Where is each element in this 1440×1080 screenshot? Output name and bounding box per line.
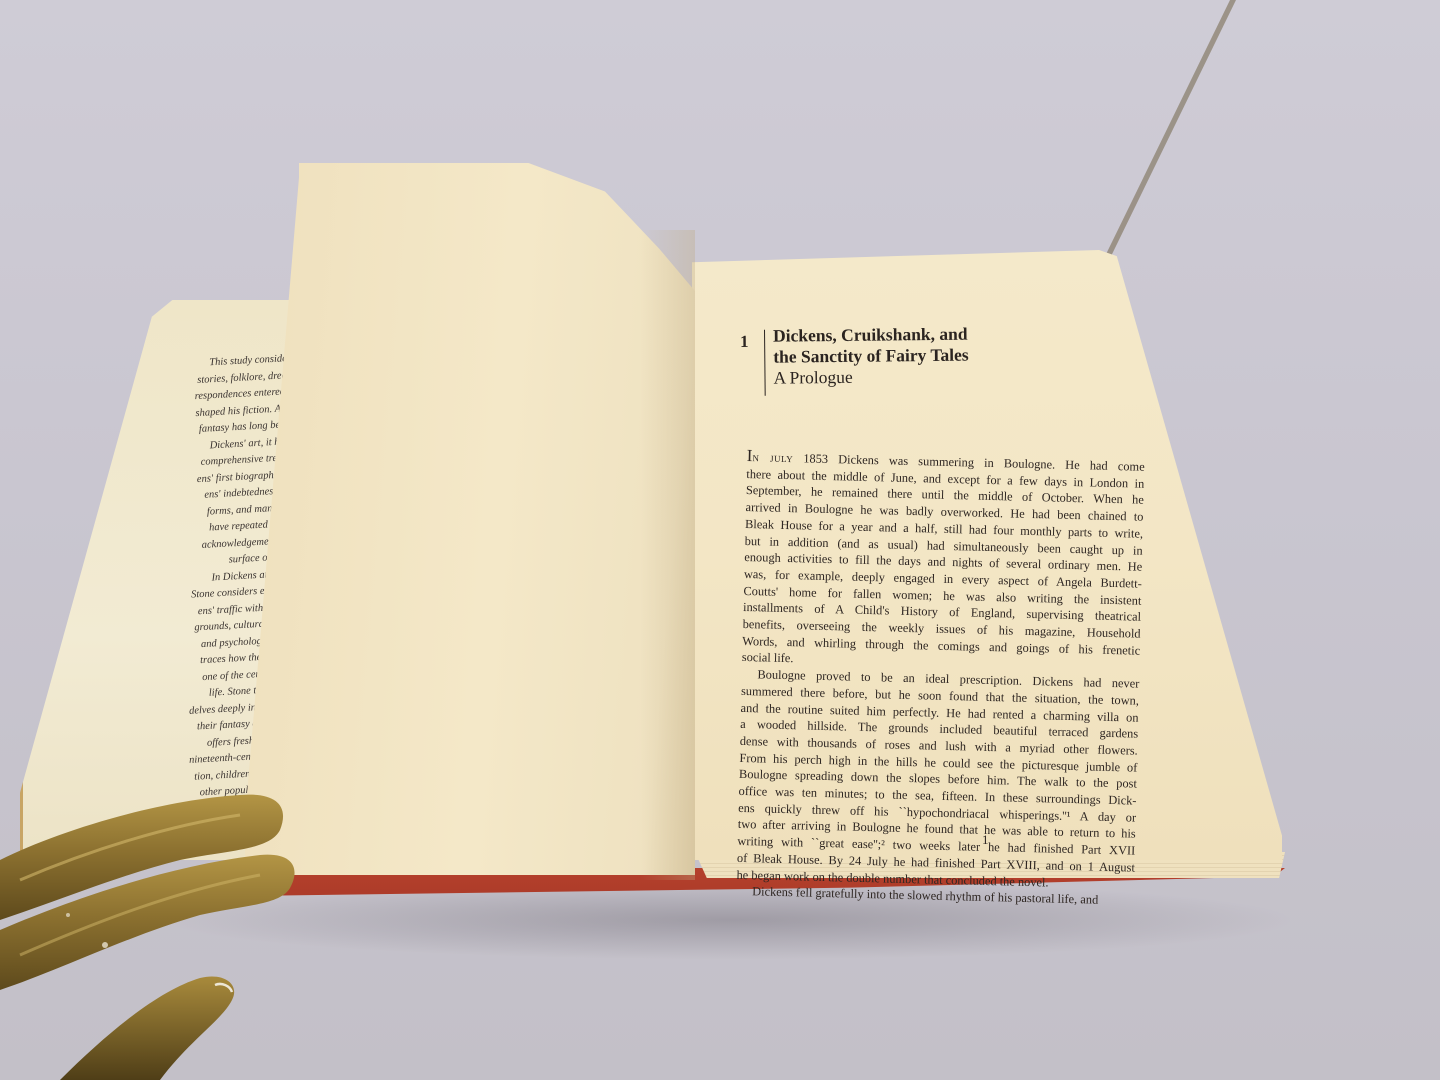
- left-page-turning[interactable]: [245, 163, 695, 875]
- gutter-shadow: [640, 230, 695, 880]
- chapter-number: 1: [740, 332, 749, 352]
- chapter-body-text: In july 1853 Dickens was summering in Bo…: [736, 448, 1145, 910]
- chapter-title: Dickens, Cruikshank, and the Sanctity of…: [773, 322, 1093, 367]
- chapter-subtitle: A Prologue: [773, 367, 852, 389]
- gold-mannequin-hand-icon: [0, 780, 320, 1080]
- chapter-title-line: the Sanctity of Fairy Tales: [773, 343, 1093, 367]
- page-number: 1: [982, 832, 989, 848]
- small-caps-lead: n july: [752, 450, 793, 465]
- photo-scene: This study considers the stories, folklo…: [0, 0, 1440, 1080]
